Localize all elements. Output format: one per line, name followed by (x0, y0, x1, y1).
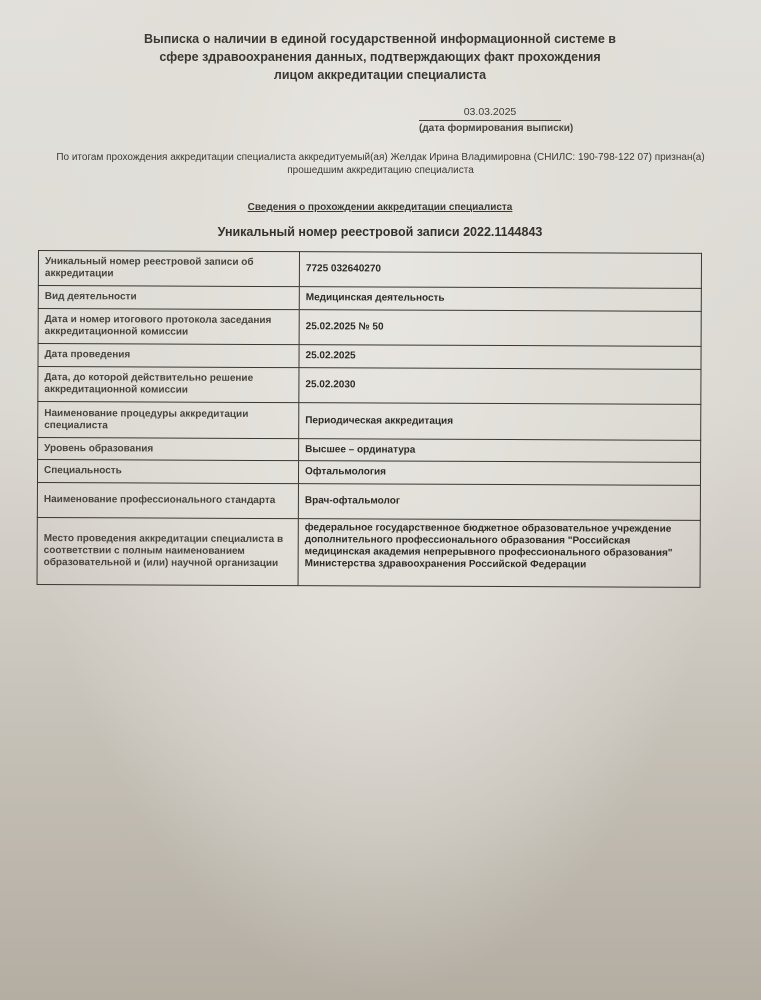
table-row: Уровень образования Высшее – ординатура (38, 438, 701, 463)
section-title: Сведения о прохождении аккредитации спец… (180, 202, 580, 213)
table-row: Уникальный номер реестровой записи об ак… (38, 251, 701, 289)
registry-number-heading: Уникальный номер реестровой записи 2022.… (150, 225, 610, 239)
row-label: Место проведения аккредитации специалист… (37, 517, 298, 585)
row-value: 7725 032640270 (299, 252, 701, 289)
row-value: 25.02.2025 № 50 (299, 310, 701, 347)
row-label: Дата, до которой действительно решение а… (38, 367, 299, 403)
row-label: Специальность (37, 460, 298, 484)
row-value: Высшее – ординатура (299, 439, 701, 463)
row-label: Уровень образования (38, 438, 299, 461)
issue-date-block: 03.03.2025 (дата формирования выписки) (419, 106, 561, 134)
table-row: Дата и номер итогового протокола заседан… (38, 309, 701, 347)
row-label: Наименование профессионального стандарта (37, 482, 298, 518)
table-row: Специальность Офтальмология (37, 460, 700, 486)
row-value: 25.02.2025 (299, 345, 701, 370)
table-row: Наименование процедуры аккредитации спец… (38, 402, 701, 441)
row-value: 25.02.2030 (299, 368, 701, 405)
intro-text: По итогам прохождения аккредитации специ… (48, 151, 713, 177)
document-page: Выписка о наличии в единой государственн… (0, 0, 761, 1000)
row-label: Дата и номер итогового протокола заседан… (38, 309, 299, 345)
row-value: Медицинская деятельность (299, 287, 701, 312)
row-label: Вид деятельности (38, 286, 299, 310)
row-value: Периодическая аккредитация (299, 403, 701, 441)
row-value: Врач-офтальмолог (298, 484, 700, 521)
issue-date-underline (419, 120, 561, 121)
row-label: Наименование процедуры аккредитации спец… (38, 402, 299, 439)
table-row: Дата, до которой действительно решение а… (38, 367, 701, 405)
row-label: Уникальный номер реестровой записи об ак… (38, 251, 299, 287)
document-title: Выписка о наличии в единой государственн… (140, 30, 620, 84)
table-row: Вид деятельности Медицинская деятельност… (38, 286, 701, 312)
row-value: федеральное государственное бюджетное об… (298, 519, 700, 588)
table-row: Место проведения аккредитации специалист… (37, 517, 700, 587)
table-row: Дата проведения 25.02.2025 (38, 344, 701, 370)
table-row: Наименование профессионального стандарта… (37, 482, 700, 520)
row-label: Дата проведения (38, 344, 299, 368)
row-value: Офтальмология (298, 461, 700, 486)
accreditation-info-table: Уникальный номер реестровой записи об ак… (37, 250, 702, 588)
issue-date-caption: (дата формирования выписки) (419, 123, 561, 134)
issue-date: 03.03.2025 (419, 106, 561, 118)
